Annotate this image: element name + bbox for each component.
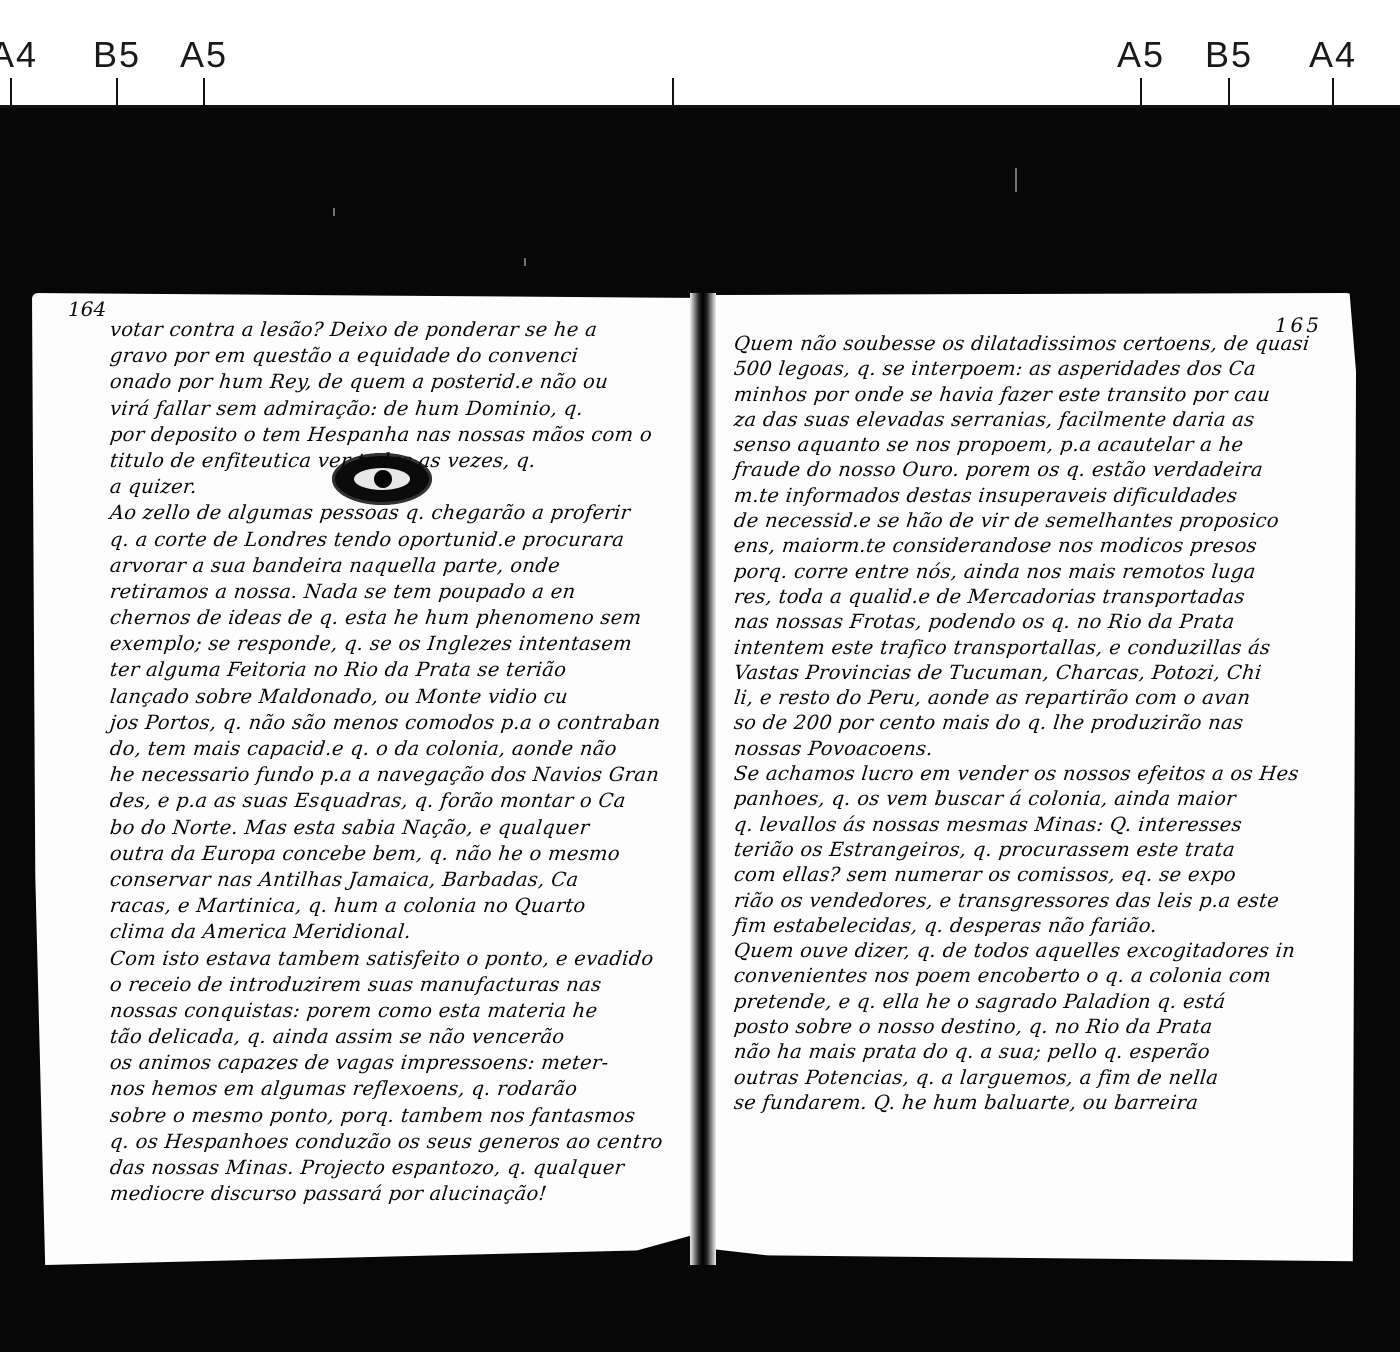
text-line: res, toda a qualid.e de Mercadorias tran…	[733, 584, 1356, 609]
text-line: por deposito o tem Hespanha nas nossas m…	[109, 422, 690, 448]
text-line: do, tem mais capacid.e q. o da colonia, …	[109, 736, 690, 762]
ruler-tick	[116, 78, 118, 105]
dust-speck	[1015, 168, 1017, 192]
manuscript-page-left: 164 votar contra a lesão? Deixo de ponde…	[32, 293, 690, 1265]
text-line: exemplo; se responde, q. se os Inglezes …	[109, 631, 690, 657]
text-line: com ellas? sem numerar os comissos, eq. …	[733, 862, 1356, 887]
text-line: bo do Norte. Mas esta sabia Nação, e qua…	[109, 815, 690, 841]
text-line: m.te informados destas insuperaveis difi…	[733, 483, 1356, 508]
text-line: chernos de ideas de q. esta he hum pheno…	[109, 605, 690, 631]
text-line: conservar nas Antilhas Jamaica, Barbadas…	[109, 867, 690, 893]
text-line: ter alguma Feitoria no Rio da Prata se t…	[109, 657, 690, 683]
text-line: pretende, e q. ella he o sagrado Paladio…	[733, 989, 1356, 1014]
text-line: nas nossas Frotas, podendo os q. no Rio …	[733, 609, 1356, 634]
text-line: gravo por em questão a equidade do conve…	[109, 343, 690, 369]
text-line: Ao zello de algumas pessoas q. chegarão …	[109, 500, 690, 526]
text-line: porq. corre entre nós, ainda nos mais re…	[733, 559, 1356, 584]
text-line: clima da America Meridional.	[109, 919, 690, 945]
ruler-tick	[1332, 78, 1334, 105]
manuscript-page-right: 165 Quem não soubesse os dilatadissimos …	[716, 293, 1356, 1275]
text-line: os animos capazes de vagas impressoens: …	[109, 1050, 690, 1076]
text-line: ens, maiorm.te considerandose nos modico…	[733, 533, 1356, 558]
text-line: Com isto estava tambem satisfeito o pont…	[109, 946, 690, 972]
text-line: nossas Povoacoens.	[733, 736, 1356, 761]
text-line: li, e resto do Peru, aonde as repartirão…	[733, 685, 1356, 710]
text-line: votar contra a lesão? Deixo de ponderar …	[109, 317, 690, 343]
text-line: se fundarem. Q. he hum baluarte, ou barr…	[733, 1090, 1356, 1115]
text-line: nos hemos em algumas reflexoens, q. roda…	[109, 1076, 690, 1102]
text-line: nossas conquistas: porem como esta mater…	[109, 998, 690, 1024]
text-line: minhos por onde se havia fazer este tran…	[733, 382, 1356, 407]
measurement-ruler: A4 B5 A5 A5 B5 A4	[0, 0, 1400, 108]
text-line: mediocre discurso passará por alucinação…	[109, 1181, 690, 1207]
text-line: tão delicada, q. ainda assim se não venc…	[109, 1024, 690, 1050]
ruler-tick	[203, 78, 205, 105]
ruler-label: B5	[1205, 34, 1253, 76]
text-line: onado por hum Rey, de quem a posterid.e …	[109, 369, 690, 395]
text-line: 500 legoas, q. se interpoem: as asperida…	[733, 356, 1356, 381]
ruler-label: A5	[1117, 34, 1165, 76]
text-line: panhoes, q. os vem buscar á colonia, ain…	[733, 786, 1356, 811]
book-gutter	[690, 293, 716, 1265]
text-line: arvorar a sua bandeira naquella parte, o…	[109, 553, 690, 579]
handwritten-text-block-left: votar contra a lesão? Deixo de ponderar …	[110, 317, 690, 1207]
text-line: he necessario fundo p.a a navegação dos …	[109, 762, 690, 788]
text-line: virá fallar sem admiração: de hum Domini…	[109, 396, 690, 422]
text-line: o receio de introduzirem suas manufactur…	[109, 972, 690, 998]
text-line: q. os Hespanhoes conduzão os seus genero…	[109, 1129, 690, 1155]
text-line: Quem ouve dizer, q. de todos aquelles ex…	[733, 938, 1356, 963]
dust-speck	[524, 258, 526, 266]
ruler-tick-center	[672, 78, 674, 105]
text-line: fraude do nosso Ouro. porem os q. estão …	[733, 457, 1356, 482]
ruler-tick	[1228, 78, 1230, 105]
text-line: de necessid.e se hão de vir de semelhant…	[733, 508, 1356, 533]
dust-speck	[333, 208, 335, 216]
handwritten-text-block-right: Quem não soubesse os dilatadissimos cert…	[734, 331, 1356, 1115]
text-line: das nossas Minas. Projecto espantozo, q.…	[109, 1155, 690, 1181]
ruler-tick	[1140, 78, 1142, 105]
text-line: outra da Europa concebe bem, q. não he o…	[109, 841, 690, 867]
text-line: Vastas Provincias de Tucuman, Charcas, P…	[733, 660, 1356, 685]
ruler-label: A4	[1309, 34, 1357, 76]
text-line: sobre o mesmo ponto, porq. tambem nos fa…	[109, 1103, 690, 1129]
text-line: não ha mais prata do q. a sua; pello q. …	[733, 1039, 1356, 1064]
text-line: posto sobre o nosso destino, q. no Rio d…	[733, 1014, 1356, 1039]
text-line: lançado sobre Maldonado, ou Monte vidio …	[109, 684, 690, 710]
text-line: senso aquanto se nos propoem, p.a acaute…	[733, 432, 1356, 457]
text-line: Quem não soubesse os dilatadissimos cert…	[733, 331, 1356, 356]
ruler-label: B5	[93, 34, 141, 76]
text-line: convenientes nos poem encoberto o q. a c…	[733, 963, 1356, 988]
text-line: racas, e Martinica, q. hum a colonia no …	[109, 893, 690, 919]
text-line: q. levallos ás nossas mesmas Minas: Q. i…	[733, 812, 1356, 837]
ruler-tick	[10, 78, 12, 105]
text-line: a quizer.	[109, 474, 690, 500]
text-line: q. a corte de Londres tendo oportunid.e …	[109, 527, 690, 553]
text-line: rião os vendedores, e transgressores das…	[733, 888, 1356, 913]
text-line: za das suas elevadas serranias, facilmen…	[733, 407, 1356, 432]
ruler-label: A4	[0, 34, 38, 76]
text-line: fim estabelecidas, q. desperas não fariã…	[733, 913, 1356, 938]
text-line: jos Portos, q. não são menos comodos p.a…	[109, 710, 690, 736]
text-line: intentem este trafico transportallas, e …	[733, 635, 1356, 660]
ruler-label: A5	[180, 34, 228, 76]
text-line: outras Potencias, q. a larguemos, a fim …	[733, 1065, 1356, 1090]
text-line: retiramos a nossa. Nada se tem poupado a…	[109, 579, 690, 605]
text-line: so de 200 por cento mais do q. lhe produ…	[733, 710, 1356, 735]
text-line: titulo de enfiteutica ver todas as vezes…	[109, 448, 690, 474]
text-line: des, e p.a as suas Esquadras, q. forão m…	[109, 788, 690, 814]
text-line: Se achamos lucro em vender os nossos efe…	[733, 761, 1356, 786]
text-line: terião os Estrangeiros, q. procurassem e…	[733, 837, 1356, 862]
page-number-left: 164	[68, 297, 106, 321]
